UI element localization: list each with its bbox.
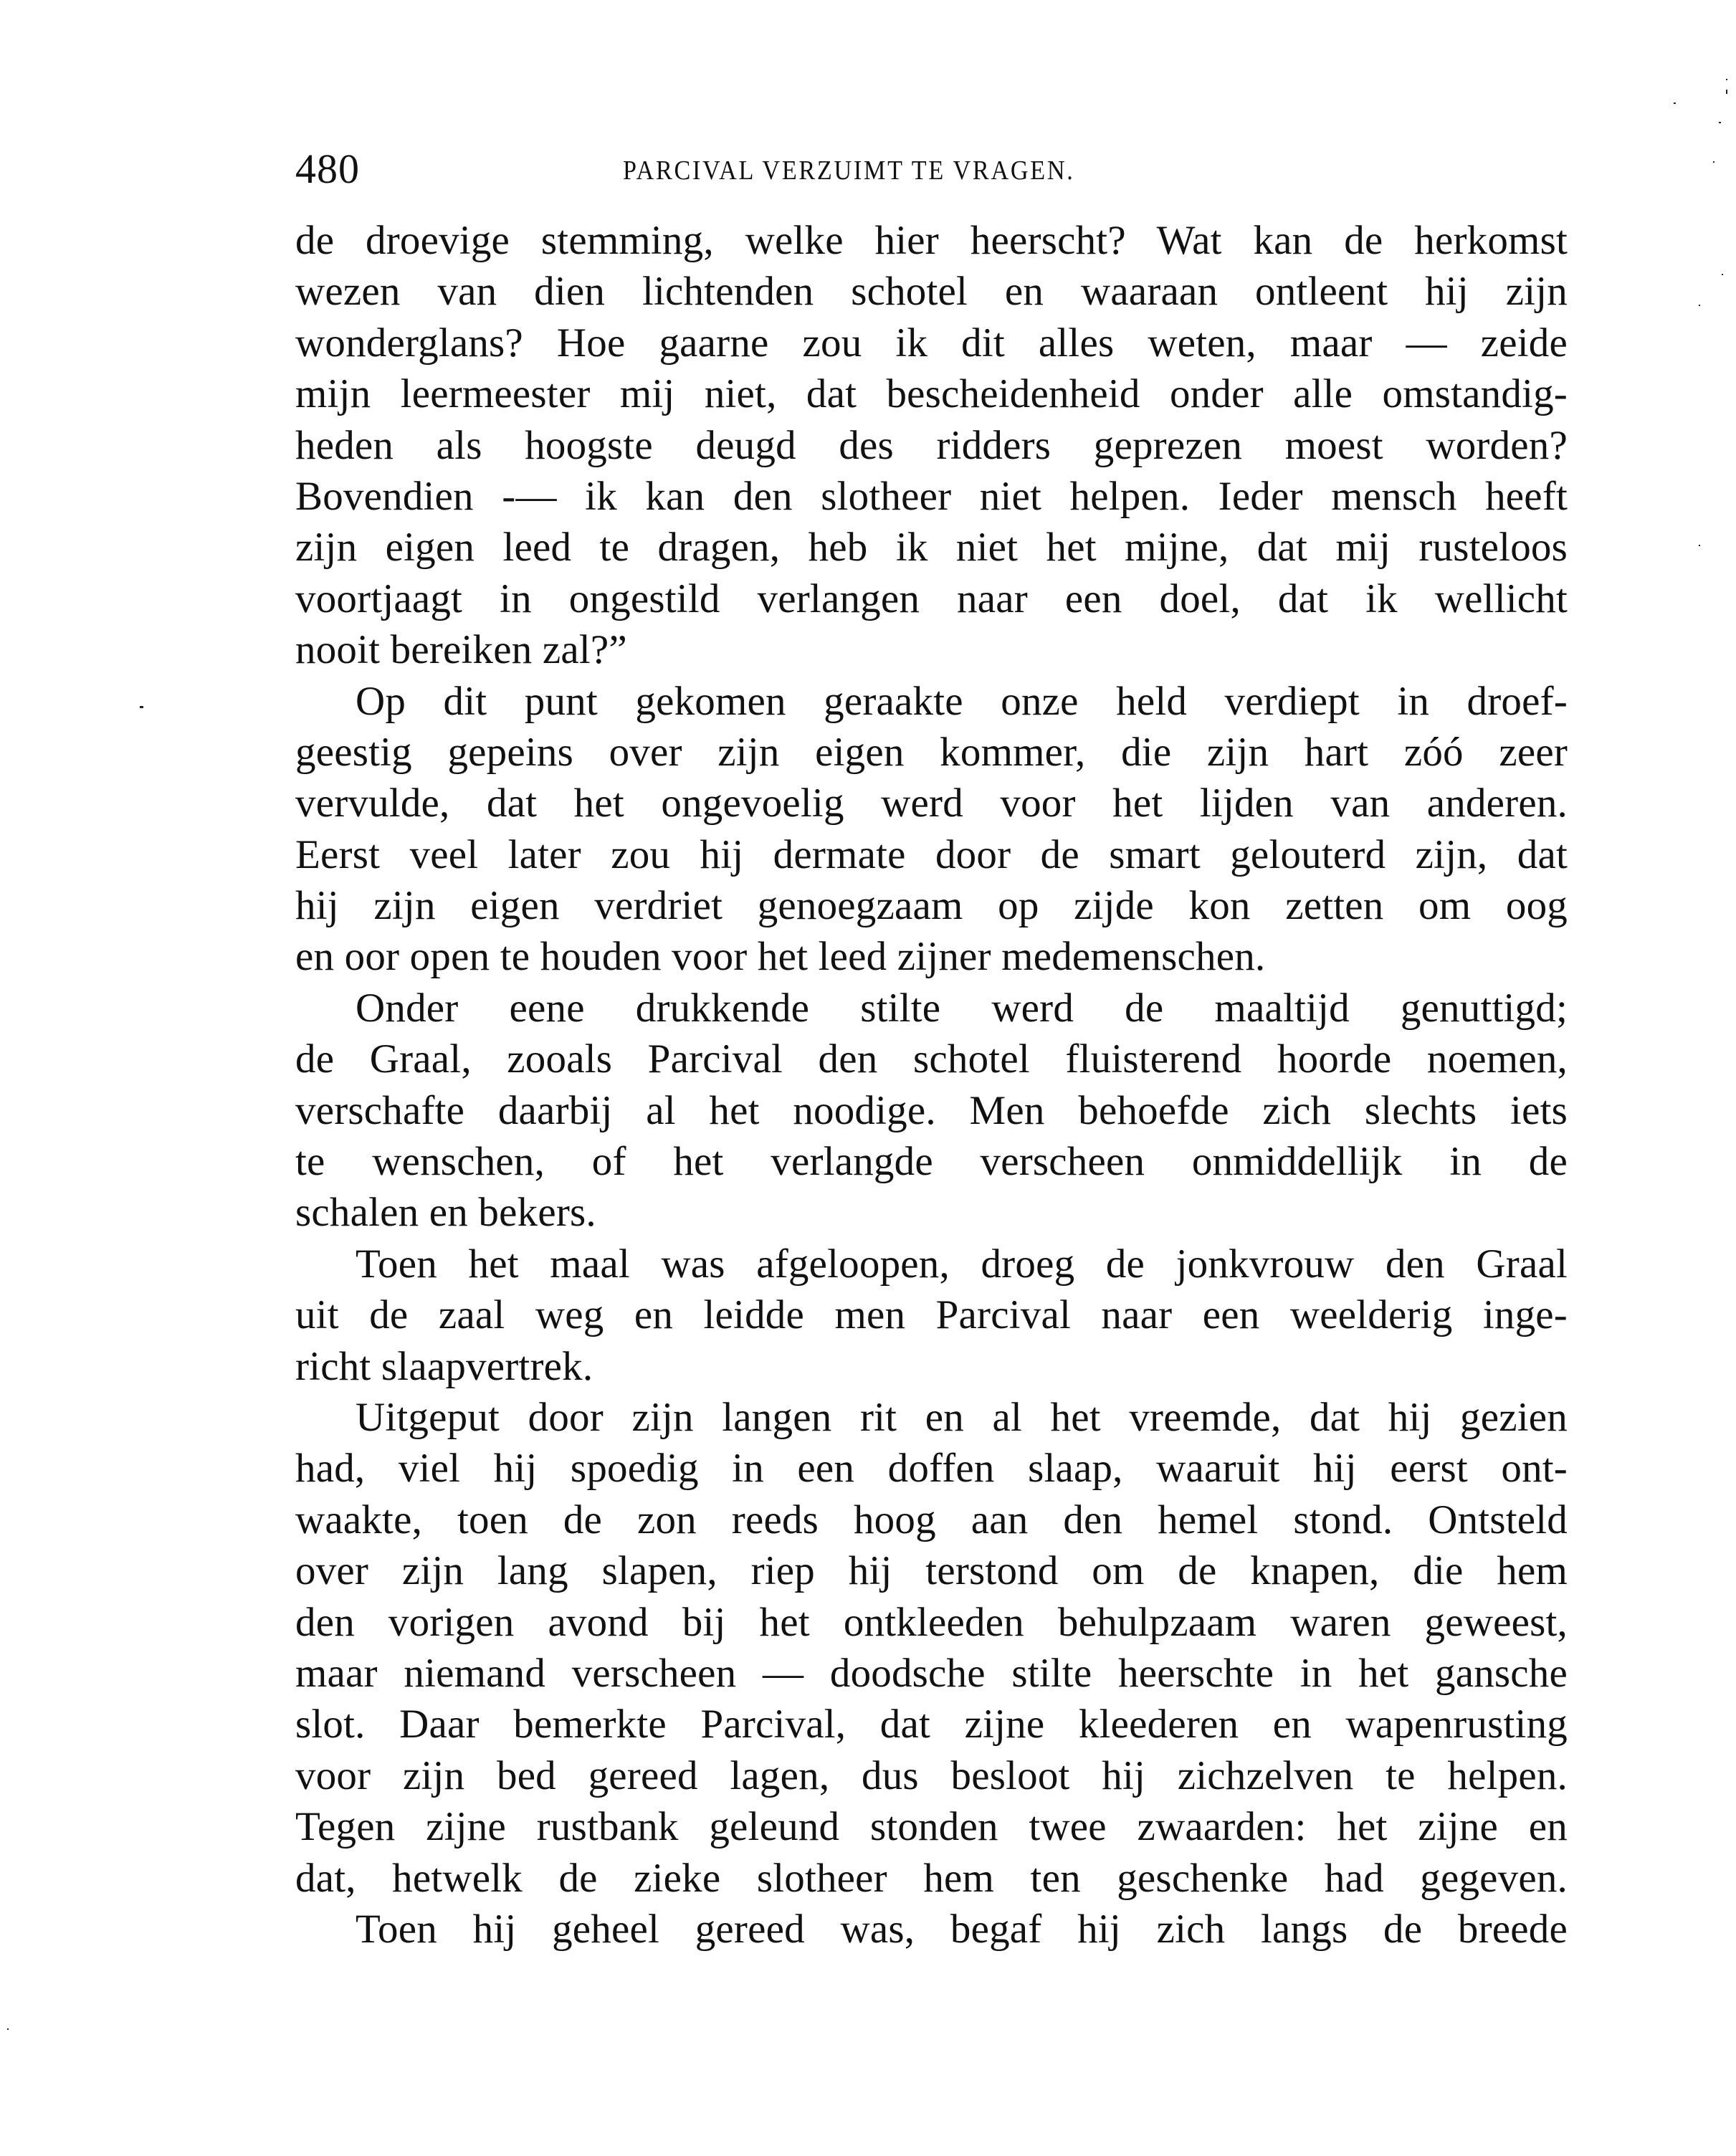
text-line: Onder eene drukkende stilte werd de maal… <box>295 983 1568 1034</box>
chapter-running-title: PARCIVAL VERZUIMT TE VRAGEN. <box>623 149 1074 192</box>
running-head: 480 PARCIVAL VERZUIMT TE VRAGEN. <box>295 140 1568 198</box>
text-line: geestig gepeins over zijn eigen kommer, … <box>295 727 1568 778</box>
page-number: 480 <box>295 140 360 198</box>
scan-speck <box>1722 274 1723 275</box>
text-line: hij zijn eigen verdriet genoegzaam op zi… <box>295 880 1568 931</box>
text-line: schalen en bekers. <box>295 1187 1568 1238</box>
text-line: Bovendien -— ik kan den slotheer niet he… <box>295 471 1568 522</box>
paragraph: Uitgeput door zijn langen rit en al het … <box>295 1392 1568 1904</box>
text-line: Op dit punt gekomen geraakte onze held v… <box>295 676 1568 727</box>
text-line: heden als hoogste deugd des ridders gepr… <box>295 420 1568 471</box>
text-line: richt slaapvertrek. <box>295 1341 1568 1392</box>
scan-speck <box>1726 79 1727 80</box>
text-line: Uitgeput door zijn langen rit en al het … <box>295 1392 1568 1443</box>
text-line: en oor open te houden voor het leed zijn… <box>295 931 1568 982</box>
book-page: 480 PARCIVAL VERZUIMT TE VRAGEN. de droe… <box>0 0 1736 2156</box>
text-line: verschafte daarbij al het noodige. Men b… <box>295 1085 1568 1136</box>
text-line: wonderglans? Hoe gaarne zou ik dit alles… <box>295 318 1568 368</box>
text-line: Toen hij geheel gereed was, begaf hij zi… <box>295 1904 1568 1955</box>
text-line: te wenschen, of het verlangde verscheen … <box>295 1136 1568 1187</box>
paragraph: Op dit punt gekomen geraakte onze held v… <box>295 676 1568 983</box>
scan-speck <box>1699 545 1700 546</box>
scan-speck <box>1726 90 1727 94</box>
paragraph: Toen hij geheel gereed was, begaf hij zi… <box>295 1904 1568 1955</box>
text-line: voor zijn bed gereed lagen, dus besloot … <box>295 1750 1568 1801</box>
scan-speck <box>1674 102 1676 104</box>
body-text: de droevige stemming, welke hier heersch… <box>295 215 1568 1955</box>
text-line: dat, hetwelk de zieke slotheer hem ten g… <box>295 1853 1568 1904</box>
scan-speck <box>1719 122 1721 123</box>
text-line: wezen van dien lichtenden schotel en waa… <box>295 266 1568 317</box>
text-line: de droevige stemming, welke hier heersch… <box>295 215 1568 266</box>
text-line: Tegen zijne rustbank geleund stonden twe… <box>295 1801 1568 1852</box>
text-line: over zijn lang slapen, riep hij terstond… <box>295 1545 1568 1596</box>
paragraph: de droevige stemming, welke hier heersch… <box>295 215 1568 676</box>
text-line: Eerst veel later zou hij dermate door de… <box>295 829 1568 880</box>
paragraph: Onder eene drukkende stilte werd de maal… <box>295 983 1568 1239</box>
text-line: slot. Daar bemerkte Parcival, dat zijne … <box>295 1699 1568 1750</box>
scan-speck <box>140 706 143 708</box>
text-line: maar niemand verscheen — doodsche stilte… <box>295 1648 1568 1699</box>
text-line: voortjaagt in ongestild verlangen naar e… <box>295 573 1568 624</box>
text-line: had, viel hij spoedig in een doffen slaa… <box>295 1443 1568 1494</box>
text-line: Toen het maal was afgeloopen, droeg de j… <box>295 1239 1568 1289</box>
scan-speck <box>1713 161 1714 163</box>
paragraph: Toen het maal was afgeloopen, droeg de j… <box>295 1239 1568 1392</box>
text-line: uit de zaal weg en leidde men Parcival n… <box>295 1289 1568 1340</box>
scan-speck <box>1699 305 1700 306</box>
text-line: waakte, toen de zon reeds hoog aan den h… <box>295 1494 1568 1545</box>
scan-speck <box>7 2028 9 2030</box>
text-line: den vorigen avond bij het ontkleeden beh… <box>295 1597 1568 1648</box>
text-line: mijn leermeester mij niet, dat bescheide… <box>295 368 1568 419</box>
text-line: zijn eigen leed te dragen, heb ik niet h… <box>295 522 1568 573</box>
text-line: nooit bereiken zal?” <box>295 624 1568 675</box>
text-line: vervulde, dat het ongevoelig werd voor h… <box>295 778 1568 829</box>
text-line: de Graal, zooals Parcival den schotel fl… <box>295 1034 1568 1084</box>
